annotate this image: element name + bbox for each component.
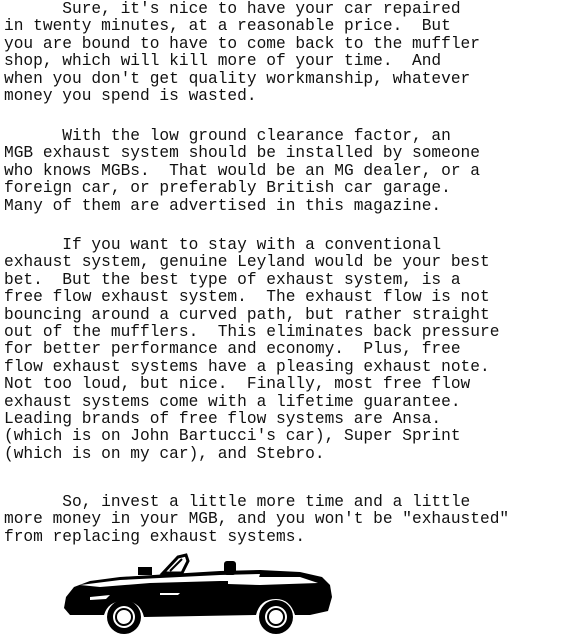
text-line: flow exhaust systems have a pleasing exh… — [4, 359, 499, 376]
text-line: for better performance and economy. Plus… — [4, 341, 499, 358]
text-line: With the low ground clearance factor, an — [4, 128, 480, 145]
text-line: (which is on John Bartucci's car), Super… — [4, 428, 499, 445]
text-line: who knows MGBs. That would be an MG deal… — [4, 163, 480, 180]
text-line: more money in your MGB, and you won't be… — [4, 511, 509, 528]
text-line: MGB exhaust system should be installed b… — [4, 145, 480, 162]
text-line: in twenty minutes, at a reasonable price… — [4, 18, 480, 35]
text-line: when you don't get quality workmanship, … — [4, 71, 480, 88]
text-line: If you want to stay with a conventional — [4, 237, 499, 254]
text-line: exhaust systems come with a lifetime gua… — [4, 394, 499, 411]
text-line: exhaust system, genuine Leyland would be… — [4, 254, 499, 271]
text-line: free flow exhaust system. The exhaust fl… — [4, 289, 499, 306]
text-line: So, invest a little more time and a litt… — [4, 494, 509, 511]
text-line: Sure, it's nice to have your car repaire… — [4, 1, 480, 18]
paragraph-4: So, invest a little more time and a litt… — [4, 494, 509, 546]
convertible-car-icon — [60, 553, 335, 635]
text-line: Many of them are advertised in this maga… — [4, 198, 480, 215]
paragraph-1: Sure, it's nice to have your car repaire… — [4, 1, 480, 105]
text-line: shop, which will kill more of your time.… — [4, 53, 480, 70]
text-line: from replacing exhaust systems. — [4, 529, 509, 546]
text-line: you are bound to have to come back to th… — [4, 36, 480, 53]
paragraph-3: If you want to stay with a conventional … — [4, 237, 499, 463]
text-line: foreign car, or preferably British car g… — [4, 180, 480, 197]
text-line: out of the mufflers. This eliminates bac… — [4, 324, 499, 341]
text-line: bet. But the best type of exhaust system… — [4, 272, 499, 289]
text-line: bouncing around a curved path, but rathe… — [4, 307, 499, 324]
text-line: money you spend is wasted. — [4, 88, 480, 105]
document-page: Sure, it's nice to have your car repaire… — [0, 0, 570, 635]
text-line: (which is on my car), and Stebro. — [4, 446, 499, 463]
text-line: Not too loud, but nice. Finally, most fr… — [4, 376, 499, 393]
text-line: Leading brands of free flow systems are … — [4, 411, 499, 428]
paragraph-2: With the low ground clearance factor, an… — [4, 128, 480, 215]
